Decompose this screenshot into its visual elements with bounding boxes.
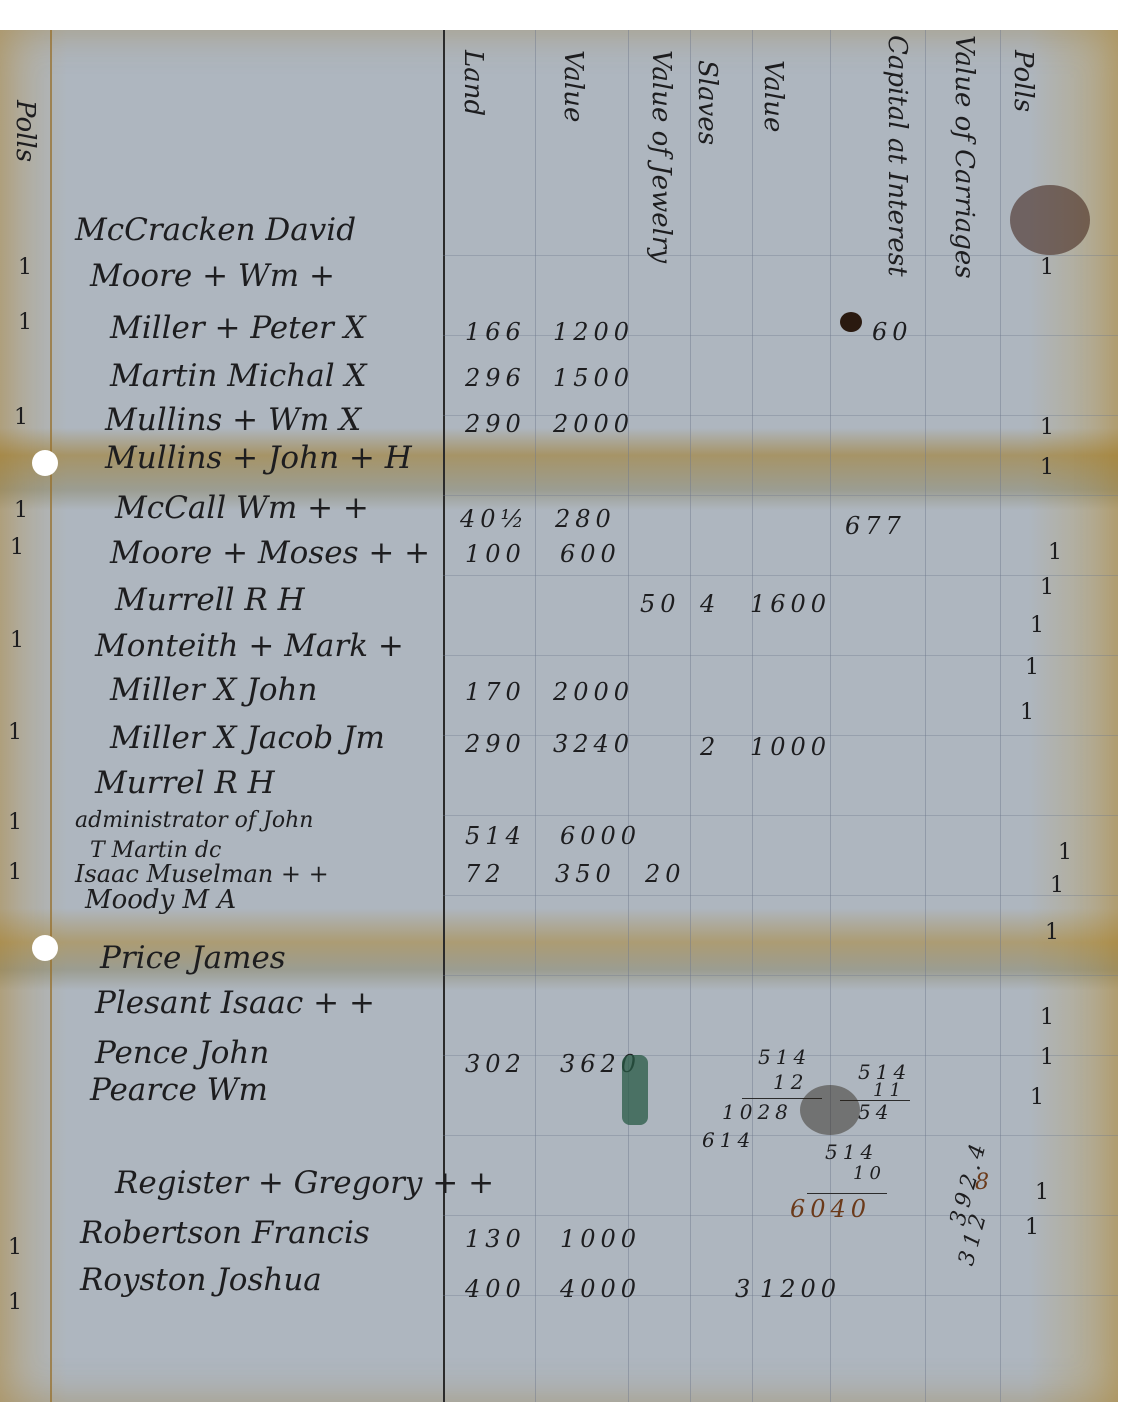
row-rule (443, 415, 1118, 416)
row-name: Register + Gregory + + (115, 1165, 494, 1201)
left-poll-tally: 1 (10, 628, 24, 653)
header-capital-at-interest: Capital at Interest (832, 35, 910, 277)
column-rule (1000, 30, 1001, 1402)
header-polls: Polls (1010, 50, 1036, 112)
row-rule (443, 975, 1118, 976)
calc-underline (807, 1193, 887, 1194)
slave-count: 4 (700, 590, 720, 618)
ink-stain (1010, 185, 1090, 255)
left-poll-tally: 1 (8, 1235, 22, 1260)
header-value-of-carriages: Value of Carriages (925, 35, 977, 279)
left-poll-tally: 1 (14, 498, 28, 523)
slave-count: 2 (700, 733, 720, 761)
calc-total: 6040 (790, 1195, 871, 1223)
header-left-polls: Polls (12, 100, 38, 162)
slave-count: 3 (735, 1275, 755, 1303)
row-rule (443, 815, 1118, 816)
poll-tally: 1 (1058, 840, 1072, 865)
row-name: Murrel R H (95, 765, 275, 801)
row-rule (443, 895, 1118, 896)
poll-tally: 1 (1040, 455, 1054, 480)
row-rule (443, 495, 1118, 496)
row-name: Moody M A (85, 885, 236, 915)
property-value: 6000 (560, 822, 641, 850)
poll-tally: 1 (1040, 415, 1054, 440)
jewelry-value: 20 (645, 860, 686, 888)
row-name: Martin Michal X (110, 358, 367, 394)
row-rule (443, 1215, 1118, 1216)
land-value: 130 (465, 1225, 526, 1253)
calc-figure: 614 (702, 1128, 755, 1152)
row-name: Monteith + Mark + (95, 628, 404, 664)
header-land: Land (460, 50, 486, 116)
property-value: 350 (555, 860, 616, 888)
capital-value: 677 (845, 512, 906, 540)
row-name: McCracken David (75, 212, 356, 248)
land-value: 514 (465, 822, 526, 850)
left-poll-tally: 1 (14, 405, 28, 430)
poll-tally: 1 (1040, 1005, 1054, 1030)
property-value: 1200 (553, 318, 634, 346)
poll-tally: 1 (1040, 1045, 1054, 1070)
poll-tally: 1 (1025, 1215, 1039, 1240)
property-value: 1000 (560, 1225, 641, 1253)
left-poll-tally: 1 (8, 1290, 22, 1315)
poll-tally: 1 (1050, 873, 1064, 898)
row-name: Robertson Francis (80, 1215, 370, 1251)
row-name: Royston Joshua (80, 1262, 322, 1298)
property-value: 4000 (560, 1275, 641, 1303)
header-value: Value (560, 50, 586, 122)
calc-figure: 12 (773, 1070, 808, 1094)
poll-tally: 1 (1030, 613, 1044, 638)
row-name: administrator of John (75, 808, 313, 833)
slave-value: 1200 (760, 1275, 841, 1303)
vertical-fold (50, 30, 52, 1402)
land-value: 290 (465, 410, 526, 438)
capital-value: 60 (872, 318, 913, 346)
poll-tally: 1 (1030, 1085, 1044, 1110)
row-name: Moore + Moses + + (110, 535, 430, 571)
poll-tally: 1 (1045, 920, 1059, 945)
calc-figure: 514 (758, 1045, 811, 1069)
land-value: 302 (465, 1050, 526, 1078)
slave-value: 1000 (750, 733, 831, 761)
land-value: 170 (465, 678, 526, 706)
row-name: Mullins + John + H (105, 440, 412, 476)
paper-hole (32, 935, 58, 961)
column-rule (690, 30, 691, 1402)
poll-tally: 1 (1048, 540, 1062, 565)
row-name: Isaac Muselman + + (75, 860, 329, 888)
calc-figure: 10 (853, 1163, 886, 1184)
property-value: 1500 (553, 364, 634, 392)
row-name: Miller X Jacob Jm (110, 720, 385, 756)
column-rule (752, 30, 753, 1402)
poll-tally: 1 (1025, 655, 1039, 680)
calc-figure: 8 (975, 1170, 994, 1195)
calc-figure: 11 (873, 1080, 906, 1101)
jewelry-value: 50 (640, 590, 681, 618)
row-name: Pence John (95, 1035, 269, 1071)
property-value: 3240 (553, 730, 634, 758)
land-value: 166 (465, 318, 526, 346)
left-poll-tally: 1 (8, 860, 22, 885)
row-name: Miller + Peter X (110, 310, 366, 346)
left-poll-tally: 1 (10, 535, 24, 560)
row-name: Moore + Wm + (90, 258, 335, 294)
row-rule (443, 575, 1118, 576)
column-rule (535, 30, 536, 1402)
left-poll-tally: 1 (8, 720, 22, 745)
land-value: 296 (465, 364, 526, 392)
calc-figure: 54 (858, 1100, 893, 1124)
land-value: 100 (465, 540, 526, 568)
land-value: 400 (465, 1275, 526, 1303)
header-value-of-jewelry: Value of Jewelry (622, 50, 674, 263)
header-slaves: Slaves (694, 60, 720, 145)
green-ink-smear (622, 1055, 648, 1125)
row-name: Mullins + Wm X (105, 402, 361, 438)
calc-figure: 514 (825, 1140, 878, 1164)
property-value: 280 (555, 505, 616, 533)
poll-tally: 1 (1040, 255, 1054, 280)
ink-blot (840, 312, 862, 332)
row-rule (443, 1135, 1118, 1136)
row-name: Price James (100, 940, 286, 976)
slave-value: 1600 (750, 590, 831, 618)
land-value: 72 (465, 860, 506, 888)
left-poll-tally: 1 (18, 310, 32, 335)
property-value: 2000 (553, 410, 634, 438)
row-name: McCall Wm + + (115, 490, 369, 526)
row-name: Murrell R H (115, 582, 305, 618)
row-rule (443, 255, 1118, 256)
paper-hole (32, 450, 58, 476)
header-slave-value: Value (760, 60, 786, 132)
ink-splatter (800, 1085, 860, 1135)
property-value: 2000 (553, 678, 634, 706)
land-value: 290 (465, 730, 526, 758)
row-rule (443, 335, 1118, 336)
row-rule (443, 655, 1118, 656)
left-poll-tally: 1 (8, 810, 22, 835)
calc-figure: 1028 (722, 1100, 793, 1124)
row-name: Pearce Wm (90, 1072, 268, 1108)
property-value: 600 (560, 540, 621, 568)
poll-tally: 1 (1020, 700, 1034, 725)
poll-tally: 1 (1035, 1180, 1049, 1205)
row-name: Plesant Isaac + + (95, 985, 375, 1021)
land-value: 40½ (460, 505, 529, 533)
row-name: Miller X John (110, 672, 317, 708)
left-poll-tally: 1 (18, 255, 32, 280)
poll-tally: 1 (1040, 575, 1054, 600)
